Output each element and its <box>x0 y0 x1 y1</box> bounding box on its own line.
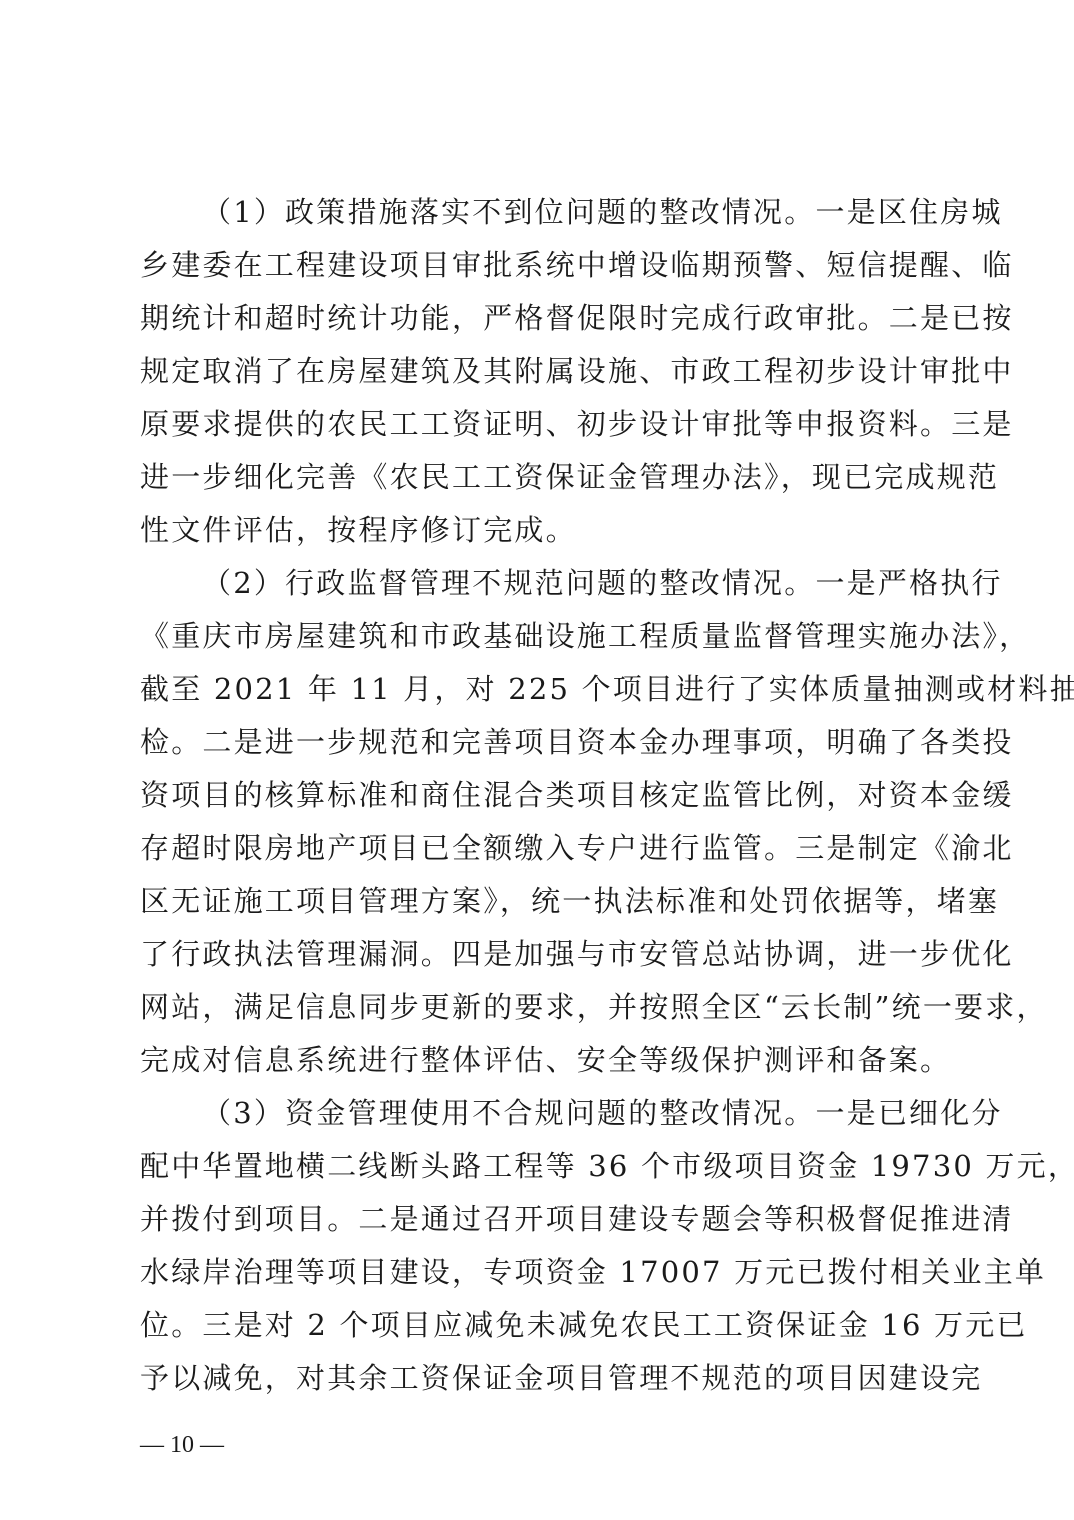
paragraph-1-line-4: 规定取消了在房屋建筑及其附属设施、市政工程初步设计审批中 <box>140 345 950 398</box>
paragraph-1-line-2: 乡建委在工程建设项目审批系统中增设临期预警、短信提醒、临 <box>140 239 950 292</box>
paragraph-3-line-6: 予以减免，对其余工资保证金项目管理不规范的项目因建设完 <box>140 1352 950 1405</box>
paragraph-2-line-10: 完成对信息系统进行整体评估、安全等级保护测评和备案。 <box>140 1034 950 1087</box>
paragraph-2-line-3: 截至 2021 年 11 月，对 225 个项目进行了实体质量抽测或材料抽 <box>140 663 950 716</box>
paragraph-2-line-7: 区无证施工项目管理方案》，统一执法标准和处罚依据等，堵塞 <box>140 875 950 928</box>
paragraph-2-line-4: 检。二是进一步规范和完善项目资本金办理事项，明确了各类投 <box>140 716 950 769</box>
paragraph-2-line-1: （2）行政监督管理不规范问题的整改情况。一是严格执行 <box>140 557 950 610</box>
paragraph-1-line-5: 原要求提供的农民工工资证明、初步设计审批等申报资料。三是 <box>140 398 950 451</box>
paragraph-2-line-5: 资项目的核算标准和商住混合类项目核定监管比例，对资本金缓 <box>140 769 950 822</box>
paragraph-3-line-4: 水绿岸治理等项目建设，专项资金 17007 万元已拨付相关业主单 <box>140 1246 950 1299</box>
paragraph-3-line-1: （3）资金管理使用不合规问题的整改情况。一是已细化分 <box>140 1087 950 1140</box>
paragraph-1-line-1: （1）政策措施落实不到位问题的整改情况。一是区住房城 <box>140 186 950 239</box>
paragraph-1-line-7: 性文件评估，按程序修订完成。 <box>140 504 950 557</box>
paragraph-2-line-9: 网站，满足信息同步更新的要求，并按照全区“云长制”统一要求， <box>140 981 950 1034</box>
paragraph-3-line-2: 配中华置地横二线断头路工程等 36 个市级项目资金 19730 万元， <box>140 1140 950 1193</box>
paragraph-2-line-8: 了行政执法管理漏洞。四是加强与市安管总站协调，进一步优化 <box>140 928 950 981</box>
page-number: — 10 — <box>140 1428 224 1462</box>
paragraph-3-line-3: 并拨付到项目。二是通过召开项目建设专题会等积极督促推进清 <box>140 1193 950 1246</box>
paragraph-2-line-2: 《重庆市房屋建筑和市政基础设施工程质量监督管理实施办法》， <box>140 610 950 663</box>
document-page: （1）政策措施落实不到位问题的整改情况。一是区住房城 乡建委在工程建设项目审批系… <box>0 0 1074 1520</box>
paragraph-3-line-5: 位。三是对 2 个项目应减免未减免农民工工资保证金 16 万元已 <box>140 1299 950 1352</box>
paragraph-1-line-3: 期统计和超时统计功能，严格督促限时完成行政审批。二是已按 <box>140 292 950 345</box>
paragraph-2-line-6: 存超时限房地产项目已全额缴入专户进行监管。三是制定《渝北 <box>140 822 950 875</box>
document-body: （1）政策措施落实不到位问题的整改情况。一是区住房城 乡建委在工程建设项目审批系… <box>140 186 950 1405</box>
paragraph-1-line-6: 进一步细化完善《农民工工资保证金管理办法》，现已完成规范 <box>140 451 950 504</box>
